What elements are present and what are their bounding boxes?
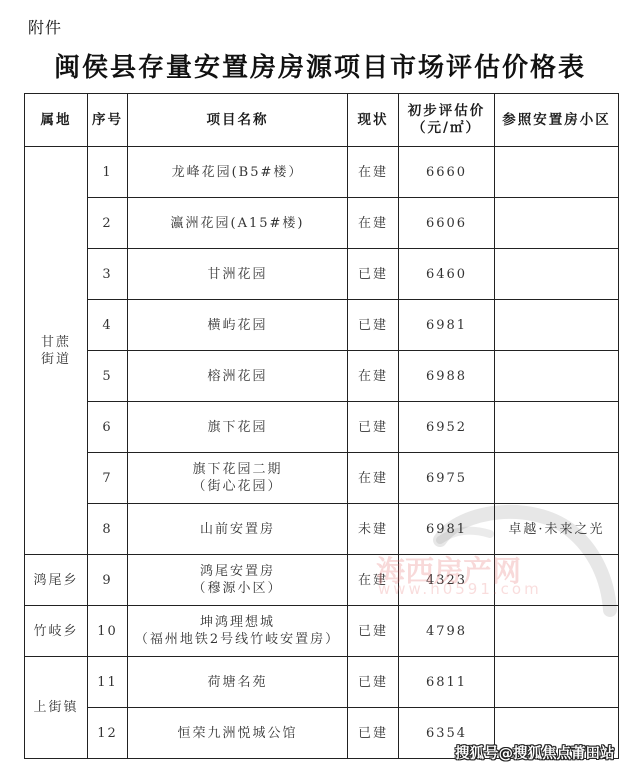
row-reference bbox=[495, 453, 619, 504]
header-price-label: 初步评估价 bbox=[399, 103, 494, 120]
row-reference bbox=[495, 657, 619, 708]
row-name-line1: 坤鸿理想城 bbox=[128, 614, 347, 631]
row-price: 6460 bbox=[399, 249, 495, 300]
row-status: 在建 bbox=[348, 351, 399, 402]
row-price: 4323 bbox=[399, 555, 495, 606]
row-name-line2: （穆源小区） bbox=[128, 580, 347, 597]
table-row: 7 旗下花园二期 （街心花园） 在建 6975 bbox=[25, 453, 619, 504]
header-region: 属地 bbox=[25, 94, 88, 147]
row-no: 11 bbox=[88, 657, 128, 708]
row-price: 6988 bbox=[399, 351, 495, 402]
row-no: 1 bbox=[88, 147, 128, 198]
row-name: 甘洲花园 bbox=[128, 249, 348, 300]
row-reference bbox=[495, 300, 619, 351]
table-row: 2 瀛洲花园(A15#楼) 在建 6606 bbox=[25, 198, 619, 249]
row-name: 鸿尾安置房 （穆源小区） bbox=[128, 555, 348, 606]
row-reference bbox=[495, 351, 619, 402]
row-no: 5 bbox=[88, 351, 128, 402]
row-reference bbox=[495, 606, 619, 657]
table-row: 6 旗下花园 已建 6952 bbox=[25, 402, 619, 453]
row-price: 6606 bbox=[399, 198, 495, 249]
document-title: 闽侯县存量安置房房源项目市场评估价格表 bbox=[0, 47, 640, 84]
header-name: 项目名称 bbox=[128, 94, 348, 147]
table-row: 鸿尾乡 9 鸿尾安置房 （穆源小区） 在建 4323 bbox=[25, 555, 619, 606]
watermark-sohu: 搜狐号@搜狐焦点莆田站 bbox=[455, 742, 615, 763]
row-name: 山前安置房 bbox=[128, 504, 348, 555]
header-price-unit: （元/㎡） bbox=[399, 120, 494, 137]
row-reference bbox=[495, 198, 619, 249]
header-row: 属地 序号 项目名称 现状 初步评估价 （元/㎡） 参照安置房小区 bbox=[25, 94, 619, 147]
header-price: 初步评估价 （元/㎡） bbox=[399, 94, 495, 147]
row-name: 恒荣九洲悦城公馆 bbox=[128, 708, 348, 759]
row-no: 9 bbox=[88, 555, 128, 606]
row-status: 未建 bbox=[348, 504, 399, 555]
row-reference bbox=[495, 147, 619, 198]
region-hongwei: 鸿尾乡 bbox=[25, 555, 88, 606]
row-status: 已建 bbox=[348, 657, 399, 708]
row-price: 6981 bbox=[399, 300, 495, 351]
row-status: 已建 bbox=[348, 249, 399, 300]
row-price: 6952 bbox=[399, 402, 495, 453]
row-no: 4 bbox=[88, 300, 128, 351]
row-status: 在建 bbox=[348, 147, 399, 198]
row-no: 12 bbox=[88, 708, 128, 759]
row-no: 6 bbox=[88, 402, 128, 453]
row-price: 6975 bbox=[399, 453, 495, 504]
row-price: 6981 bbox=[399, 504, 495, 555]
row-no: 2 bbox=[88, 198, 128, 249]
row-name: 坤鸿理想城 （福州地铁2号线竹岐安置房） bbox=[128, 606, 348, 657]
region-label: 街道 bbox=[25, 351, 87, 368]
row-status: 已建 bbox=[348, 606, 399, 657]
header-no: 序号 bbox=[88, 94, 128, 147]
attachment-label: 附件 bbox=[28, 15, 62, 38]
row-name: 榕洲花园 bbox=[128, 351, 348, 402]
row-name-line2: （街心花园） bbox=[128, 478, 347, 495]
row-status: 在建 bbox=[348, 555, 399, 606]
table-row: 3 甘洲花园 已建 6460 bbox=[25, 249, 619, 300]
row-status: 已建 bbox=[348, 300, 399, 351]
region-label: 甘蔗 bbox=[25, 334, 87, 351]
row-price: 4798 bbox=[399, 606, 495, 657]
header-reference: 参照安置房小区 bbox=[495, 94, 619, 147]
row-status: 在建 bbox=[348, 198, 399, 249]
row-reference: 卓越·未来之光 bbox=[495, 504, 619, 555]
row-no: 3 bbox=[88, 249, 128, 300]
row-no: 8 bbox=[88, 504, 128, 555]
table-row: 甘蔗 街道 1 龙峰花园(B5#楼） 在建 6660 bbox=[25, 147, 619, 198]
row-name: 横屿花园 bbox=[128, 300, 348, 351]
row-name: 旗下花园 bbox=[128, 402, 348, 453]
row-name-line1: 鸿尾安置房 bbox=[128, 563, 347, 580]
region-shangjie: 上街镇 bbox=[25, 657, 88, 759]
row-price: 6811 bbox=[399, 657, 495, 708]
row-name-line2: （福州地铁2号线竹岐安置房） bbox=[128, 631, 347, 648]
region-ganzhe: 甘蔗 街道 bbox=[25, 147, 88, 555]
row-name: 旗下花园二期 （街心花园） bbox=[128, 453, 348, 504]
region-zhuqi: 竹岐乡 bbox=[25, 606, 88, 657]
table-row: 5 榕洲花园 在建 6988 bbox=[25, 351, 619, 402]
row-reference bbox=[495, 555, 619, 606]
price-table: 属地 序号 项目名称 现状 初步评估价 （元/㎡） 参照安置房小区 甘蔗 街道 … bbox=[24, 93, 619, 759]
row-status: 已建 bbox=[348, 402, 399, 453]
table-row: 上街镇 11 荷塘名苑 已建 6811 bbox=[25, 657, 619, 708]
row-reference bbox=[495, 402, 619, 453]
table-row: 8 山前安置房 未建 6981 卓越·未来之光 bbox=[25, 504, 619, 555]
row-name-line1: 旗下花园二期 bbox=[128, 461, 347, 478]
table-row: 竹岐乡 10 坤鸿理想城 （福州地铁2号线竹岐安置房） 已建 4798 bbox=[25, 606, 619, 657]
row-reference bbox=[495, 249, 619, 300]
row-no: 10 bbox=[88, 606, 128, 657]
row-name: 龙峰花园(B5#楼） bbox=[128, 147, 348, 198]
row-name: 荷塘名苑 bbox=[128, 657, 348, 708]
table-row: 4 横屿花园 已建 6981 bbox=[25, 300, 619, 351]
row-status: 在建 bbox=[348, 453, 399, 504]
row-name: 瀛洲花园(A15#楼) bbox=[128, 198, 348, 249]
row-price: 6660 bbox=[399, 147, 495, 198]
header-status: 现状 bbox=[348, 94, 399, 147]
row-status: 已建 bbox=[348, 708, 399, 759]
row-no: 7 bbox=[88, 453, 128, 504]
